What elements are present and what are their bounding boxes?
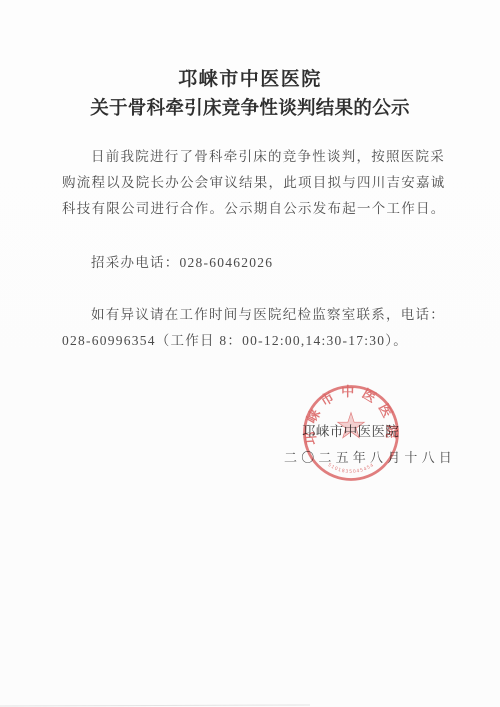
svg-text:5101835045454: 5101835045454 — [326, 462, 375, 475]
seal-serial-number: 5101835045454 — [326, 462, 375, 475]
paragraph-objection: 如有异议请在工作时间与医院纪检监察室联系，电话： 028-60996354（工作… — [62, 302, 448, 354]
official-seal-stamp: 邛崃市中医医院 5101835045454 — [301, 382, 401, 484]
scan-edge-artifact — [0, 704, 310, 706]
text-line: 科技有限公司进行合作。公示期自公示发布起一个工作日。 — [62, 196, 448, 222]
text-line: 028-60996354（工作日 8：00-12:00,14:30-17:30）… — [62, 328, 448, 354]
text-line: 如有异议请在工作时间与医院纪检监察室联系，电话： — [62, 302, 448, 328]
seal-ring — [305, 387, 398, 480]
document-page: 邛崃市中医医院 关于骨科牵引床竞争性谈判结果的公示 日前我院进行了骨科牵引床的竞… — [0, 0, 500, 707]
seal-star-icon — [338, 413, 365, 438]
text-line: 购流程以及院长办公会审议结果，此项目拟与四川吉安嘉诚 — [62, 170, 448, 196]
procurement-phone-line: 招采办电话：028-60462026 — [62, 250, 448, 276]
doc-title-subject: 关于骨科牵引床竞争性谈判结果的公示 — [0, 94, 500, 120]
procurement-phone-block: 招采办电话：028-60462026 — [62, 250, 448, 276]
text-line: 日前我院进行了骨科牵引床的竞争性谈判，按照医院采 — [62, 144, 448, 170]
doc-title-org: 邛崃市中医医院 — [0, 64, 500, 91]
paragraph-intro: 日前我院进行了骨科牵引床的竞争性谈判，按照医院采 购流程以及院长办公会审议结果，… — [62, 144, 448, 222]
